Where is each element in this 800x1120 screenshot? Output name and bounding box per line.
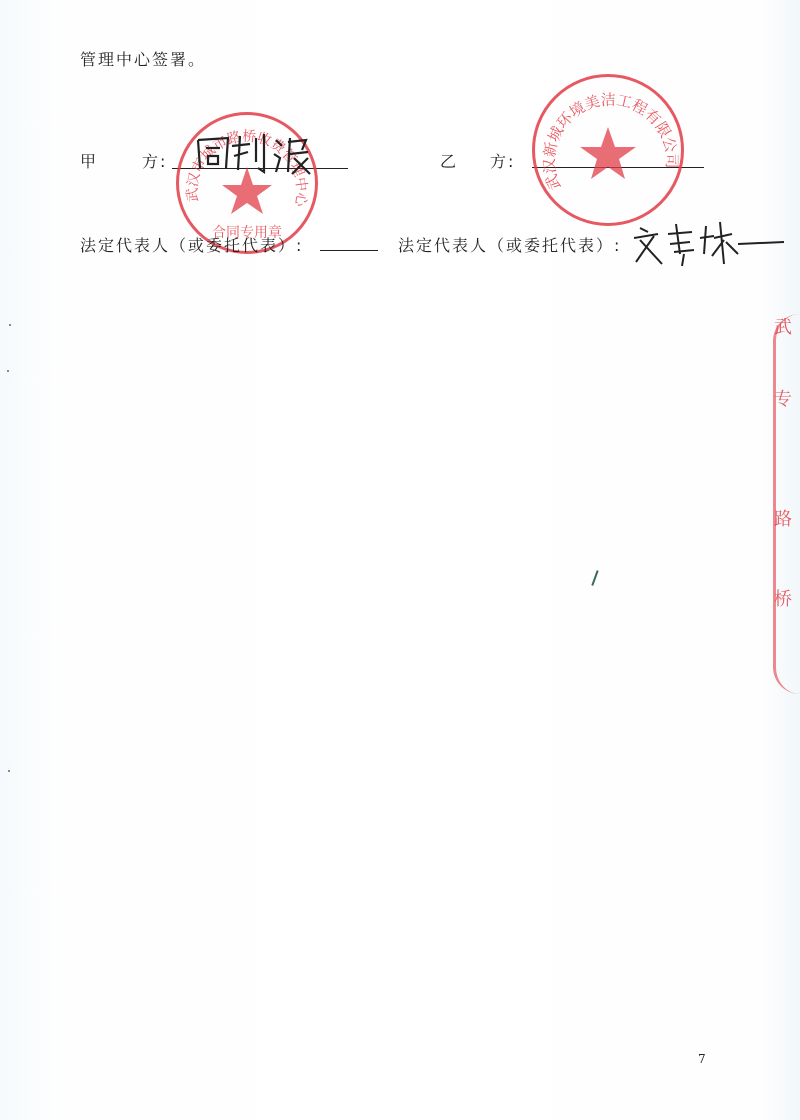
- page-number: 7: [698, 1052, 706, 1066]
- party-b-seal-graphic: 武汉新城环境美洁工程有限公司: [535, 77, 681, 223]
- party-a-label-2: 方:: [142, 149, 167, 172]
- star-icon: [580, 127, 636, 179]
- party-b-seal: 武汉新城环境美洁工程有限公司: [532, 74, 684, 226]
- party-b-label-1: 乙: [440, 149, 458, 172]
- edge-seal-arc: [773, 314, 800, 694]
- party-a-label-1: 甲: [80, 149, 98, 172]
- party-b-rep-label: 法定代表人（或委托代表）:: [398, 233, 621, 256]
- party-a-rep-line: [320, 250, 378, 251]
- party-a-signature: [190, 128, 320, 180]
- scan-speck: [9, 324, 11, 326]
- scan-speck: [7, 370, 9, 372]
- party-b-label-2: 方:: [490, 149, 515, 172]
- document-page: 管理中心签署。 甲 方: 武汉市城市路桥收费管理中心 合同专用章 法定代表人（或…: [0, 0, 800, 1120]
- party-b-signature: [628, 214, 788, 270]
- scan-mark: [591, 570, 598, 586]
- scan-speck: [8, 770, 10, 772]
- intro-line: 管理中心签署。: [80, 47, 206, 70]
- party-a-rep-label: 法定代表人（或委托代表）:: [80, 233, 303, 256]
